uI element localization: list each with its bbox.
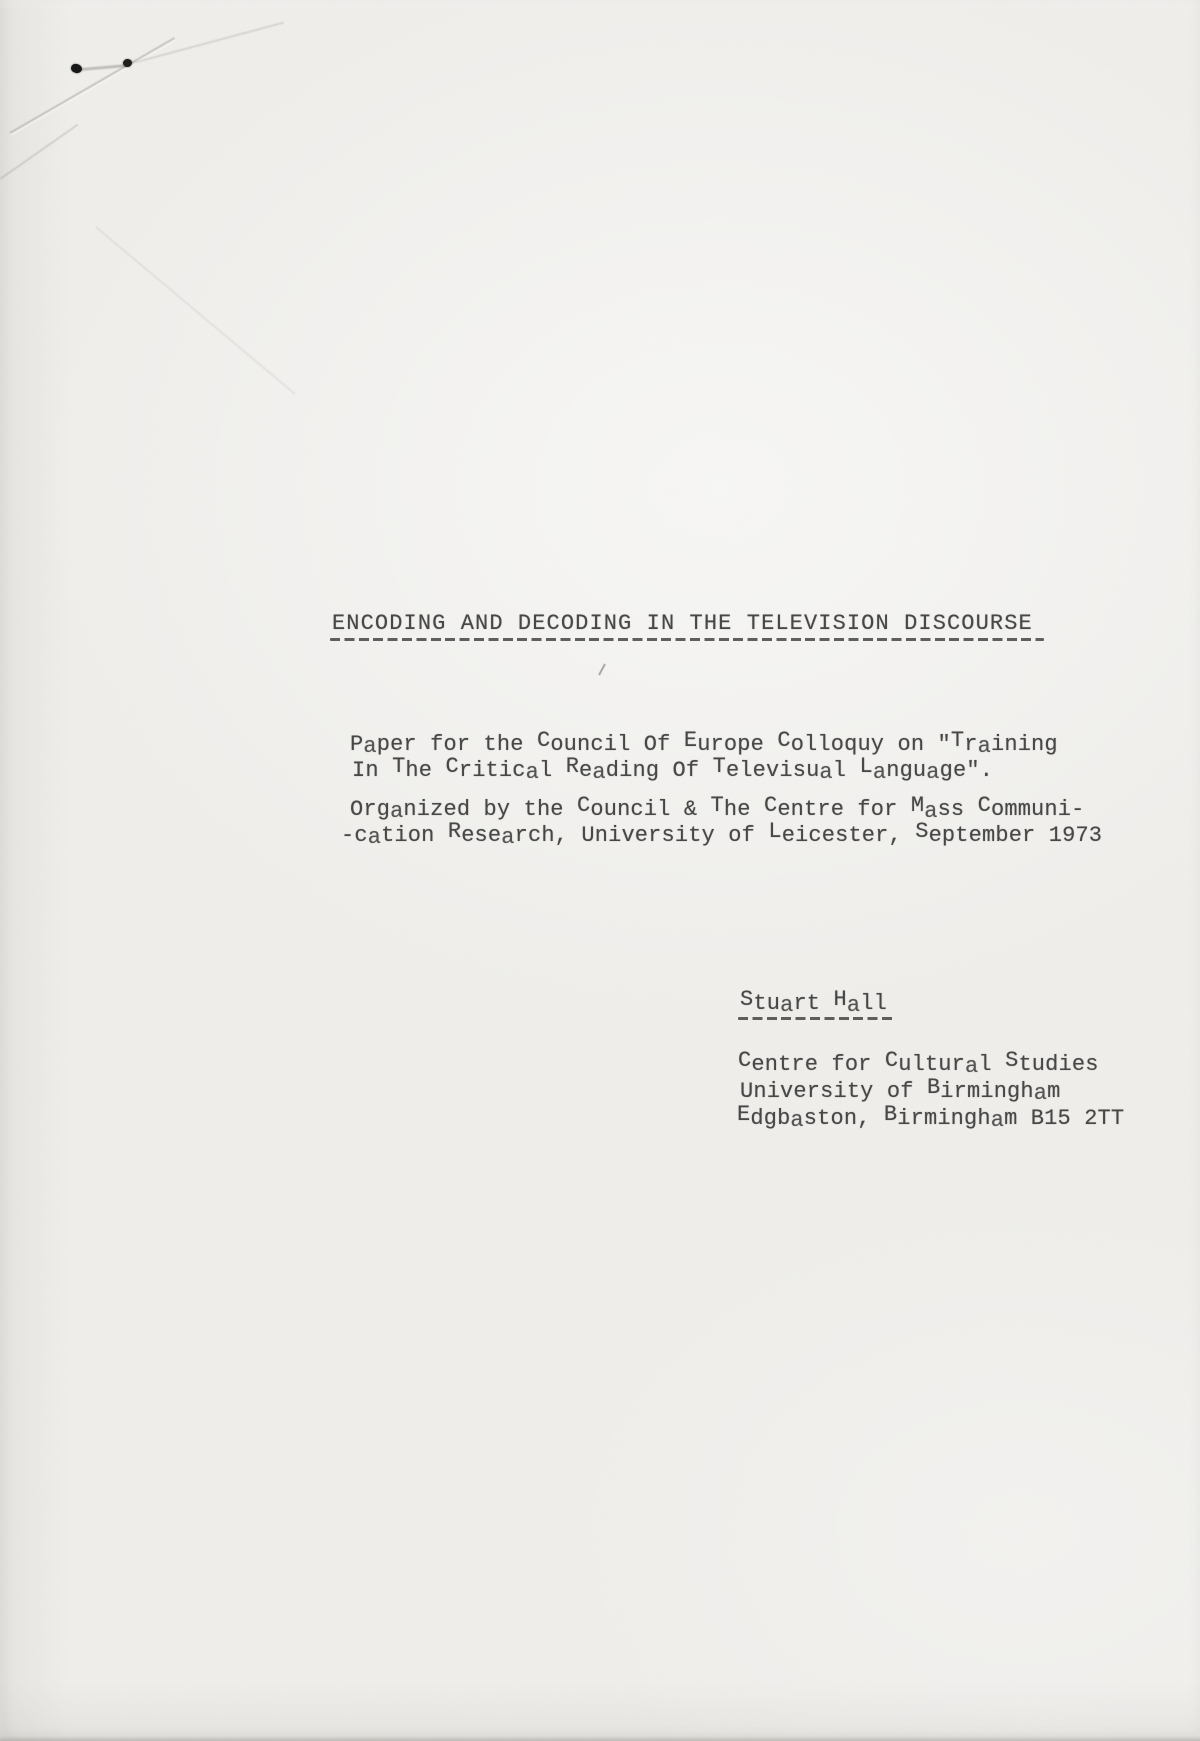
- paper-crease: [129, 22, 284, 65]
- author-name: Stuart Hall: [740, 991, 887, 1017]
- staple-dot: [122, 58, 132, 67]
- colloquy-line-2: In The Critical Reading Of Televisual La…: [352, 758, 993, 784]
- paper-crease: [96, 226, 296, 394]
- paper-grain-texture: [0, 0, 1200, 1741]
- title-underline: [330, 638, 1044, 641]
- address-line-1: Centre for Cultural Studies: [738, 1051, 1099, 1078]
- author-underline: [738, 1017, 894, 1020]
- scanned-page: ENCODING AND DECODING IN THE TELEVISION …: [0, 0, 1200, 1741]
- paper-crease: [10, 37, 175, 133]
- page-bottom-edge-shadow: [0, 1736, 1200, 1741]
- address-line-2: University of Birmingham: [740, 1078, 1060, 1105]
- page-title: ENCODING AND DECODING IN THE TELEVISION …: [332, 611, 1033, 637]
- staple-dot: [70, 63, 82, 74]
- address-line-3: Edgbaston, Birmingham B15 2TT: [737, 1105, 1124, 1132]
- stray-mark: [598, 663, 606, 675]
- colloquy-line-4: -cation Research, University of Leiceste…: [341, 823, 1102, 849]
